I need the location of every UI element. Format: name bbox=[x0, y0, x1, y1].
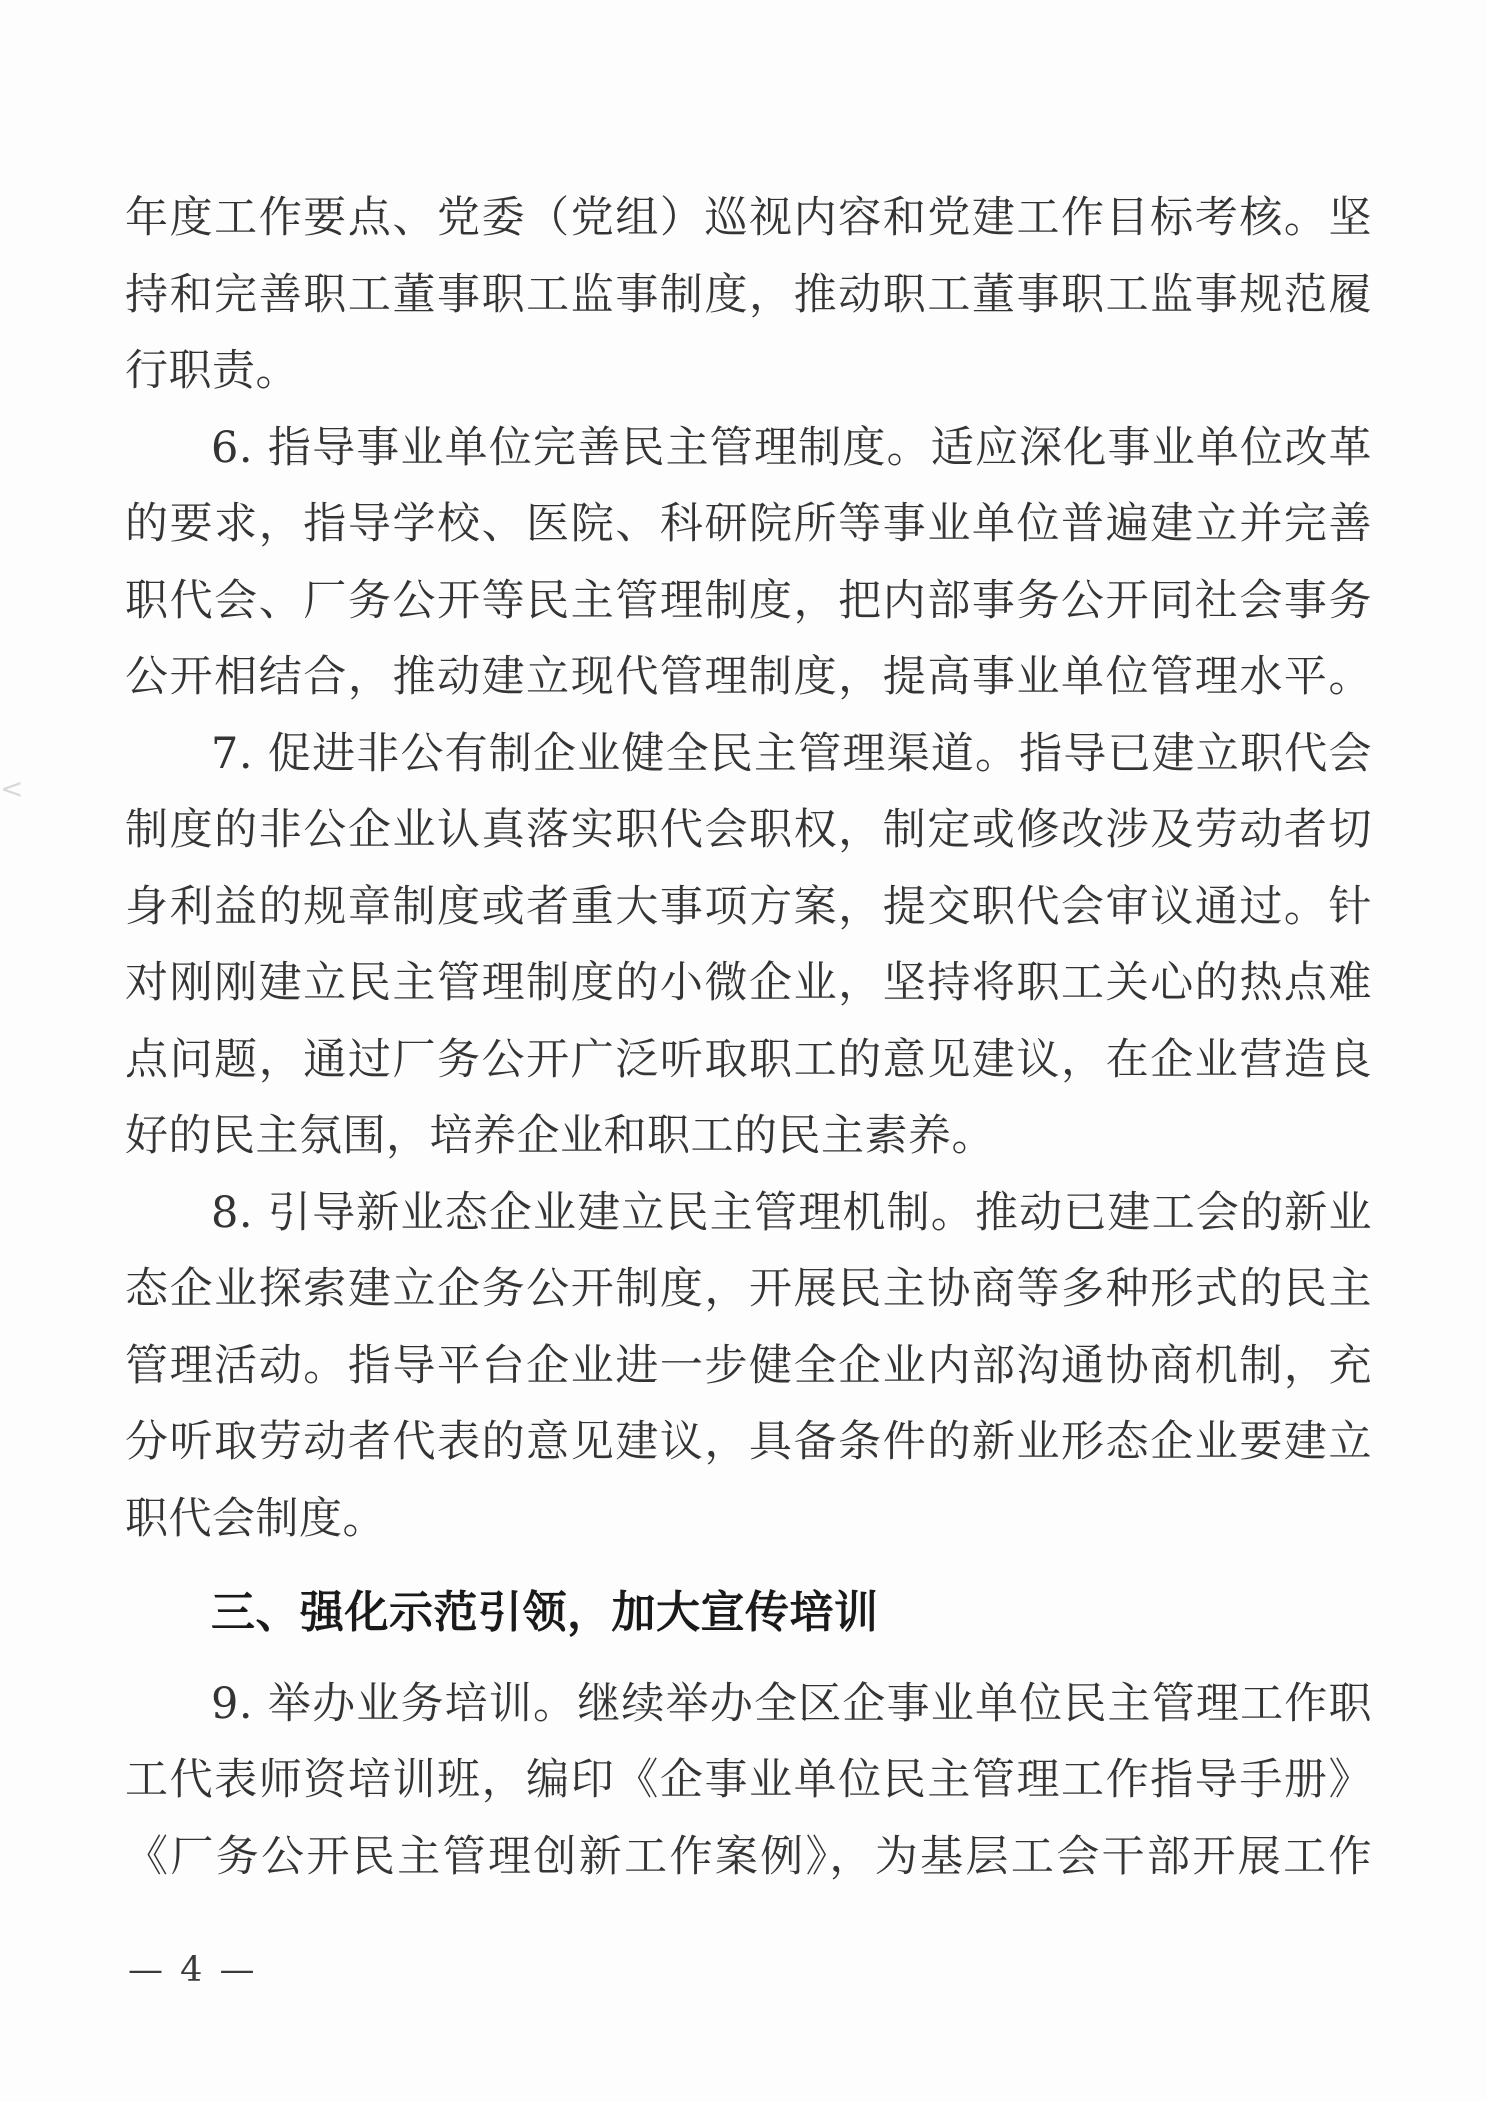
text-line: 好的民主氛围，培养企业和职工的民主素养。 bbox=[125, 1098, 1372, 1175]
text-line: 的要求，指导学校、医院、科研院所等事业单位普遍建立并完善 bbox=[125, 486, 1372, 563]
document-page: 年度工作要点、党委（党组）巡视内容和党建工作目标考核。坚持和完善职工董事职工监事… bbox=[0, 0, 1487, 2102]
text-line: 行职责。 bbox=[125, 333, 1372, 410]
document-body: 年度工作要点、党委（党组）巡视内容和党建工作目标考核。坚持和完善职工董事职工监事… bbox=[125, 180, 1372, 1895]
section-heading: 三、强化示范引领，加大宣传培训 bbox=[125, 1575, 1372, 1652]
text-line: 6. 指导事业单位完善民主管理制度。适应深化事业单位改革 bbox=[125, 410, 1372, 487]
text-line: 职代会制度。 bbox=[125, 1481, 1372, 1558]
text-line: 制度的非公企业认真落实职代会职权，制定或修改涉及劳动者切 bbox=[125, 792, 1372, 869]
text-line: 8. 引导新业态企业建立民主管理机制。推动已建工会的新业 bbox=[125, 1175, 1372, 1252]
text-line: 工代表师资培训班，编印《企事业单位民主管理工作指导手册》 bbox=[125, 1742, 1372, 1819]
text-line: 分听取劳动者代表的意见建议，具备条件的新业形态企业要建立 bbox=[125, 1404, 1372, 1481]
text-line: 公开相结合，推动建立现代管理制度，提高事业单位管理水平。 bbox=[125, 639, 1372, 716]
scan-artifact-mark: < bbox=[0, 772, 23, 805]
text-line: 点问题，通过厂务公开广泛听取职工的意见建议，在企业营造良 bbox=[125, 1022, 1372, 1099]
text-line: 持和完善职工董事职工监事制度，推动职工董事职工监事规范履 bbox=[125, 257, 1372, 334]
text-line: 职代会、厂务公开等民主管理制度，把内部事务公开同社会事务 bbox=[125, 563, 1372, 640]
text-line: 9. 举办业务培训。继续举办全区企事业单位民主管理工作职 bbox=[125, 1666, 1372, 1743]
page-number: — 4 — bbox=[128, 1948, 258, 1992]
text-line: 对刚刚建立民主管理制度的小微企业，坚持将职工关心的热点难 bbox=[125, 945, 1372, 1022]
text-line: 7. 促进非公有制企业健全民主管理渠道。指导已建立职代会 bbox=[125, 716, 1372, 793]
text-line: 年度工作要点、党委（党组）巡视内容和党建工作目标考核。坚 bbox=[125, 180, 1372, 257]
text-line: 身利益的规章制度或者重大事项方案，提交职代会审议通过。针 bbox=[125, 869, 1372, 946]
text-line: 态企业探索建立企务公开制度，开展民主协商等多种形式的民主 bbox=[125, 1251, 1372, 1328]
text-line: 《厂务公开民主管理创新工作案例》，为基层工会干部开展工作 bbox=[125, 1819, 1372, 1896]
text-line: 管理活动。指导平台企业进一步健全企业内部沟通协商机制，充 bbox=[125, 1328, 1372, 1405]
